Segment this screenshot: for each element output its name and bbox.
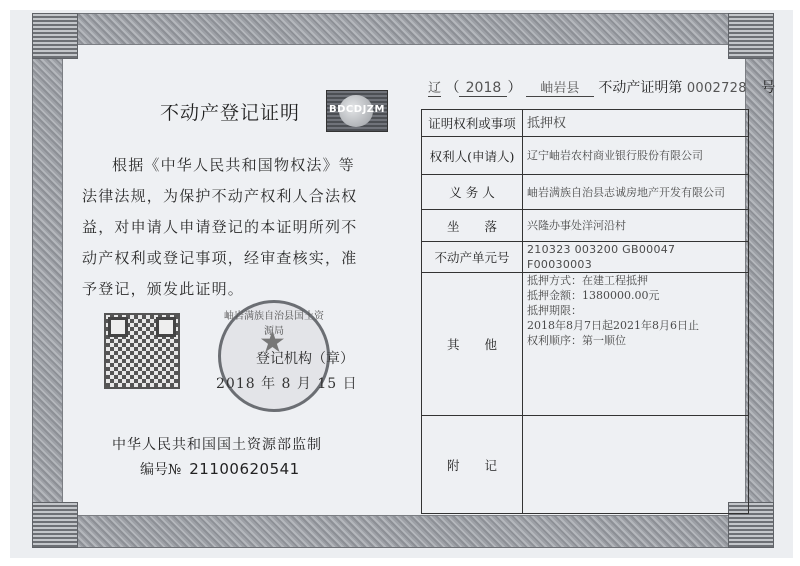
row-label: 附 记 (422, 416, 523, 514)
table-row: 不动产单元号 210323 003200 GB00047 F00030003 (422, 242, 749, 273)
corner-ornament (32, 502, 78, 548)
table-row: 义 务 人 岫岩满族自治县志诚房地产开发有限公司 (422, 175, 749, 210)
row-value: 抵押权 (523, 110, 749, 137)
row-value (523, 416, 749, 514)
serial-label: 编号№ (140, 462, 181, 478)
table-row: 附 记 (422, 416, 749, 514)
cert-county: 岫岩县 (526, 77, 594, 97)
cert-middle: 不动产证明第 (598, 80, 682, 96)
legal-paragraph: 根据《中华人民共和国物权法》等法律法规，为保护不动产权利人合法权益，对申请人申请… (82, 150, 362, 305)
row-label: 不动产单元号 (422, 242, 523, 273)
table-row: 证明权利或事项 抵押权 (422, 110, 749, 137)
logo-text: BDCDJZM (327, 104, 387, 115)
row-value: 210323 003200 GB00047 F00030003 (523, 242, 749, 273)
row-label: 权利人(申请人) (422, 137, 523, 175)
serial-number: 编号№21100620541 (140, 459, 300, 479)
serial-value: 21100620541 (189, 460, 299, 478)
cert-number: 0002728 (687, 81, 747, 96)
other-line: 权利顺序：第一顺位 (527, 333, 744, 348)
row-value: 岫岩满族自治县志诚房地产开发有限公司 (523, 175, 749, 210)
bdcdjzm-logo: BDCDJZM (326, 90, 388, 132)
corner-ornament (728, 13, 774, 59)
registration-table: 证明权利或事项 抵押权 权利人(申请人) 辽宁岫岩农村商业银行股份有限公司 义 … (421, 109, 749, 514)
row-label: 坐 落 (422, 210, 523, 242)
other-line: 抵押方式：在建工程抵押 (527, 273, 744, 288)
row-value-other: 抵押方式：在建工程抵押 抵押金额：1380000.00元 抵押期限： 2018年… (523, 273, 749, 416)
row-label: 义 务 人 (422, 175, 523, 210)
cert-year: 2018 (459, 80, 507, 97)
table-row: 权利人(申请人) 辽宁岫岩农村商业银行股份有限公司 (422, 137, 749, 175)
other-line: 2018年8月7日起2021年8月6日止 (527, 318, 744, 333)
row-value: 兴隆办事处洋河沿村 (523, 210, 749, 242)
cert-suffix: 号 (761, 80, 775, 96)
corner-ornament (32, 13, 78, 59)
row-label: 其 他 (422, 273, 523, 416)
cert-paren-open: （ (445, 80, 459, 96)
registration-date: 2018 年 8 月 15 日 (216, 373, 358, 393)
other-line: 抵押期限： (527, 303, 744, 318)
document-title: 不动产登记证明 (160, 98, 300, 125)
row-value: 辽宁岫岩农村商业银行股份有限公司 (523, 137, 749, 175)
registration-authority: 登记机构（章） (256, 348, 354, 368)
supervised-by: 中华人民共和国国土资源部监制 (112, 434, 322, 454)
cert-province: 辽 (428, 77, 441, 97)
cert-paren-close: ） (507, 80, 521, 96)
certificate-number: 辽 （2018） 岫岩县 不动产证明第 0002728 号 (428, 77, 775, 97)
table-row: 坐 落 兴隆办事处洋河沿村 (422, 210, 749, 242)
qr-code (104, 313, 180, 389)
table-row: 其 他 抵押方式：在建工程抵押 抵押金额：1380000.00元 抵押期限： 2… (422, 273, 749, 416)
other-line: 抵押金额：1380000.00元 (527, 288, 744, 303)
row-label: 证明权利或事项 (422, 110, 523, 137)
